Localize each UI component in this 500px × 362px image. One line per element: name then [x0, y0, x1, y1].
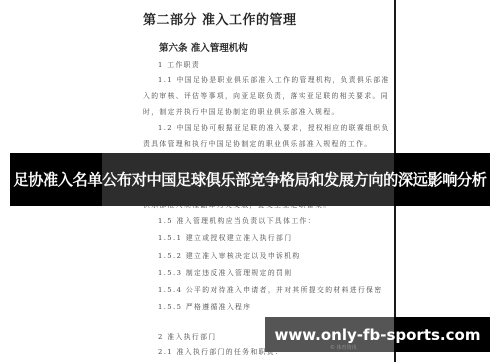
document-subtitle: 第六条 准入管理机构	[159, 40, 248, 54]
document-line: 1.5 准入管理机构应当负责以下具体工作：	[158, 215, 316, 225]
document-line: 入的审核、评估等事项，向亚足联负责，落实亚足联的相关要求。同	[143, 90, 389, 100]
document-line: 1.2 中国足协可根据亚足联的准入要求，授权相应的联赛组织负	[158, 122, 390, 132]
document-line: 1.1 中国足协是职业俱乐部准入工作的管理机构，负责俱乐部准	[158, 74, 390, 84]
document-line: 1 工作职责	[158, 59, 200, 69]
document-line: 1.5.1 建立或授权建立准入执行部门	[158, 232, 292, 242]
document-title: 第二部分 准入工作的管理	[143, 9, 297, 28]
document-line: 1.5.5 严格遵循准入程序	[158, 301, 251, 311]
watermark-subtext: © 体育资讯	[330, 344, 357, 351]
document-line: 2 准入执行部门	[158, 331, 216, 341]
document-line: 1.5.2 建立准入审核决定以及申诉机构	[158, 250, 301, 260]
document-line: 1.5.3 制定违反准入管理规定的罚则	[158, 267, 292, 277]
document-line: 1.5.4 公平的对待准入申请者，并对其所提交的材料进行保密	[158, 284, 383, 294]
banner-title: 足协准入名单公布对中国足球俱乐部竞争格局和发展方向的深远影响分析	[10, 153, 490, 206]
document-line: 时，制定并执行中国足协制定的职业俱乐部准入规程。	[143, 106, 340, 116]
document-line: 责具体管理和执行中国足协制定的职业俱乐部准入规程的工作。	[143, 138, 373, 148]
watermark-url[interactable]: www.only-fb-sports.com	[265, 317, 490, 352]
